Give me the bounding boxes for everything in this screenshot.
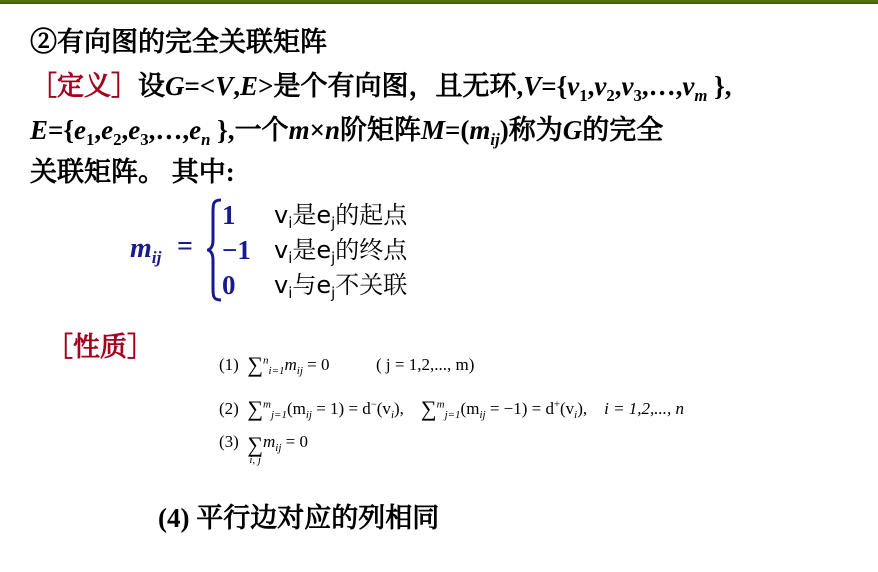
text: (m [287, 399, 306, 418]
text: 一个 [235, 115, 289, 145]
text: =( [445, 115, 469, 145]
text: }, [210, 115, 234, 145]
lower-limit: i=1 [269, 365, 285, 377]
lower-limit: j=1 [271, 409, 287, 421]
text: e [316, 201, 331, 229]
property-2: (2) ∑mj=1(mij = 1) = d−(vi), ∑mj=1(mij =… [219, 394, 684, 420]
definition-line-2: E={e1,e2,e3,…,en },一个m×n阶矩阵M=(mij)称为G的完全 [30, 108, 663, 147]
var-m: m [469, 115, 490, 145]
slide-title: ②有向图的完全关联矩阵 [30, 20, 327, 59]
cases-values: 1 −1 0 [222, 198, 251, 303]
text: (1) [219, 355, 239, 374]
definition-line-3: 关联矩阵。 其中: [30, 150, 235, 189]
text: ), [577, 399, 587, 418]
text: 的完全 [582, 115, 663, 145]
text: ={ [48, 115, 74, 145]
var-m: m [285, 355, 297, 374]
subscript: 2 [113, 130, 121, 149]
var-E: E [240, 71, 258, 101]
var-m: m [289, 115, 310, 145]
case-value: 0 [222, 268, 251, 303]
var-e: e [189, 115, 201, 145]
case-condition: vi与ej不关联 [274, 268, 407, 303]
text: ={ [541, 71, 567, 101]
subscript: ij [490, 130, 499, 149]
var-E: E [30, 115, 48, 145]
property-4: (4) 平行边对应的列相同 [158, 496, 439, 535]
subscript: 2 [606, 86, 614, 105]
lower-limit: j=1 [445, 409, 461, 421]
text: (3) [219, 432, 239, 451]
text: = −1) = d [486, 399, 554, 418]
text: 的起点 [335, 201, 407, 229]
condition: ( j = 1,2,..., m) [376, 355, 474, 374]
definition-line-1: ［定义］设G=<V,E>是个有向图，且无环,V={v1,v2,v3,…,vm }… [30, 64, 731, 103]
text: v [274, 236, 288, 264]
case-value: −1 [222, 233, 251, 268]
text: × [310, 115, 325, 145]
left-brace-icon [207, 198, 223, 302]
text: > [258, 71, 273, 101]
subscript: 1 [579, 86, 587, 105]
text: (2) [219, 399, 239, 418]
condition: i = 1,2,..., n [604, 399, 684, 418]
text: 是 [292, 236, 316, 264]
text: = 1) = d [312, 399, 371, 418]
property-1: (1) ∑ni=1mij = 0 ( j = 1,2,..., m) [219, 350, 474, 376]
text: e [316, 271, 331, 299]
subscript: 3 [140, 130, 148, 149]
text: (m [461, 399, 480, 418]
text: 是个有向图，且无环, [273, 71, 523, 101]
upper-limit: m [263, 398, 271, 410]
text: 设 [138, 71, 165, 101]
upper-limit: m [437, 398, 445, 410]
text: ,…, [642, 71, 683, 101]
sum-symbol: ∑ [247, 434, 263, 456]
cases-conditions: vi是ej的起点 vi是ej的终点 vi与ej不关联 [274, 198, 407, 303]
var-V: V [523, 71, 541, 101]
var-m: m [263, 432, 275, 451]
text: =< [185, 71, 216, 101]
case-condition: vi是ej的终点 [274, 233, 407, 268]
var-v: v [621, 71, 633, 101]
text: 是 [292, 201, 316, 229]
text: e [316, 236, 331, 264]
var-V: V [215, 71, 233, 101]
text: v [274, 271, 288, 299]
text: }, [707, 71, 731, 101]
text: (v [377, 399, 391, 418]
text: ), [394, 399, 404, 418]
subscript: m [694, 86, 707, 105]
case-value: 1 [222, 198, 251, 233]
var-v: v [682, 71, 694, 101]
subscript: 3 [633, 86, 641, 105]
var-v: v [594, 71, 606, 101]
subscript: ij [152, 248, 162, 267]
top-accent-bar [0, 0, 878, 4]
sum-symbol: ∑ [247, 396, 263, 421]
text: 不关联 [335, 271, 407, 299]
var-e: e [101, 115, 113, 145]
text: 与 [292, 271, 316, 299]
text: 阶矩阵 [340, 115, 421, 145]
definition-label: ［定义］ [30, 71, 138, 101]
text: (v [560, 399, 574, 418]
case-condition: vi是ej的起点 [274, 198, 407, 233]
text: 称为 [509, 115, 563, 145]
text: ,…, [149, 115, 190, 145]
text: 的终点 [335, 236, 407, 264]
var-G: G [165, 71, 185, 101]
var-e: e [74, 115, 86, 145]
var-G: G [563, 115, 583, 145]
text: = 0 [281, 432, 308, 451]
sum-symbol: ∑ [247, 352, 263, 377]
var-M: M [421, 115, 445, 145]
var-e: e [128, 115, 140, 145]
subscript: 1 [86, 130, 94, 149]
var-n: n [325, 115, 340, 145]
properties-label: ［性质］ [46, 325, 154, 364]
text: ) [500, 115, 509, 145]
cases-lhs: mij [130, 233, 161, 265]
sum-symbol: ∑ [421, 396, 437, 421]
text: v [274, 201, 288, 229]
var-v: v [567, 71, 579, 101]
var-m: m [130, 233, 152, 264]
cases-equals: = [177, 231, 193, 263]
property-3: (3) ∑ i, j mij = 0 [219, 432, 308, 466]
text: = 0 [303, 355, 330, 374]
